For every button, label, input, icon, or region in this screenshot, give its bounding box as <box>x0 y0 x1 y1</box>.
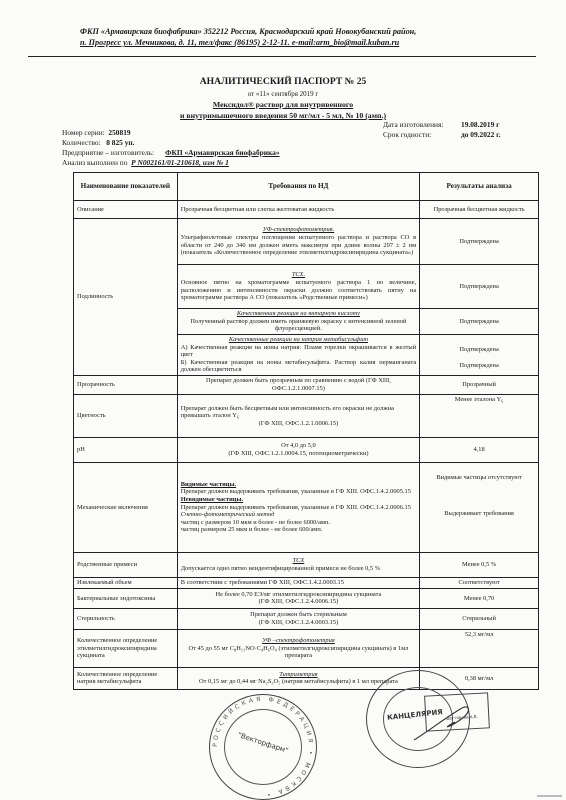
row-reference: (ГФ XIII, ОФС.1.2.1.0006.15) <box>181 420 416 428</box>
row-name: Подлинность <box>74 219 178 376</box>
table-row-extractable-volume: Извлекаемый объем В соответствии с требо… <box>74 577 539 588</box>
row-requirement: Полученный раствор должен иметь оранжеву… <box>190 318 406 333</box>
row-requirement: Основное пятно на хроматограмме испытуем… <box>181 279 416 301</box>
svg-text:РОССИЙСКАЯ ФЕДЕРАЦИЯ • МОСКВА: РОССИЙСКАЯ ФЕДЕРАЦИЯ • МОСКВА • <box>212 696 314 798</box>
row-requirement: Препарат должен быть прозрачным по сравн… <box>177 375 419 394</box>
method-title: Титриметрия <box>181 671 416 679</box>
row-result: 52,3 мг/мл <box>420 629 539 667</box>
table-row-mechanical: Механические включения Видимые частицы. … <box>74 462 539 552</box>
table-row-sterility: Стерильность Препарат должен быть стерил… <box>74 608 539 629</box>
row-requirement: От 4,0 до 5,0 <box>181 442 416 450</box>
visible-particles-title: Видимые частицы. <box>181 481 416 489</box>
table-header-row: Наименование показателей Требования по Н… <box>74 173 539 201</box>
result-a: Подтверждена <box>423 346 535 354</box>
row-result: Прозрачный <box>420 375 539 394</box>
mfg-date-label: Дата изготовления: <box>383 120 461 130</box>
result-invisible: Выдерживает требования <box>423 510 535 518</box>
product-name-line1: Мексидол® раствор для внутривенного <box>0 100 566 109</box>
method-title: Качественные реакции на натрия метабисул… <box>181 336 416 344</box>
table-row-description: Описание Прозрачная бесцветная или слегк… <box>74 201 539 219</box>
dates-info: Дата изготовления:19.08.2019 г Срок годн… <box>383 120 501 140</box>
row-name: Бактериальные эндотоксины <box>74 588 178 608</box>
method-title: УФ-спектрофотометрия. <box>181 226 416 234</box>
row-result: Подтверждена <box>420 309 539 335</box>
company-header: ФКП «Армавирская биофабрика» 352212 Росс… <box>80 26 530 48</box>
row-name: Извлекаемый объем <box>74 577 178 588</box>
analysis-table: Наименование показателей Требования по Н… <box>73 172 539 690</box>
row-name: Прозрачность <box>74 375 178 394</box>
row-requirement: Не более 0,70 ЕЭ/мг этилметилгидроксипир… <box>181 591 416 599</box>
method-title: Счетно-фотометрический метод <box>181 511 416 519</box>
row-result: Менее 0,70 <box>420 588 539 608</box>
limit-25um: частиц размером 25 мкм и более - не боле… <box>181 526 416 534</box>
table-row-assay-metabisulfite: Количественное определение натрия метаби… <box>74 667 539 689</box>
row-result: Прозрачная бесцветная жидкость <box>420 201 539 219</box>
row-result: Соответствуют <box>420 577 539 588</box>
mfg-date-value: 19.08.2019 г <box>461 120 499 129</box>
row-result: Подтверждена <box>420 265 539 309</box>
row-requirement: В соответствии с требованиями ГФ XIII, О… <box>177 577 419 588</box>
table-row-color: Цветность Препарат должен быть бесцветны… <box>74 394 539 437</box>
row-requirement: Допускается одно пятно неидентифицирован… <box>181 565 380 572</box>
method-title: ТСХ <box>181 557 416 565</box>
row-reference: (ГФ XIII, ОФС.1.2.4.0003.15) <box>181 619 416 627</box>
row-result: Подтверждена <box>420 219 539 265</box>
company-header-line1: ФКП «Армавирская биофабрика» 352212 Росс… <box>80 26 530 37</box>
row-name: Цветность <box>74 394 178 437</box>
row-name: Количественное определение этилметилгидр… <box>74 629 178 667</box>
header-divider <box>28 56 536 57</box>
batch-info: Номер серии: 250819 Количество: 8 825 уп… <box>62 128 280 168</box>
analysis-value: Р N002161/01-210618, изм № 1 <box>131 158 229 167</box>
row-name: pH <box>74 437 178 462</box>
table-row-authenticity-uv: Подлинность УФ-спектрофотометрия. Ультра… <box>74 219 539 265</box>
product-name-line2: и внутримышечного введения 50 мг/мл - 5 … <box>0 111 566 120</box>
stamp-ring-text-icon: РОССИЙСКАЯ ФЕДЕРАЦИЯ • МОСКВА • <box>210 695 316 799</box>
expiry-label: Срок годности: <box>383 130 461 140</box>
method-title: УФ –спектрофотометрия <box>181 637 416 645</box>
limit-10um: частиц с размером 10 мкм и более - не бо… <box>181 519 416 527</box>
row-requirement: От 0,15 мг до 0,44 мг Na₂S₂O₅ (натрия ме… <box>199 678 398 685</box>
row-name: Родственные примеси <box>74 552 178 577</box>
row-requirement: Препарат должен быть стерильным <box>181 611 416 619</box>
row-requirement: От 45 до 55 мг C₈H₁₁NO·C₄H₆O₄ (этилметил… <box>188 645 408 660</box>
invisible-particles-title: Невидимые частицы. <box>181 496 416 504</box>
scan-artifact <box>537 795 562 797</box>
row-requirement: Ультрафиолетовые спектры поглощения испы… <box>181 234 416 256</box>
row-name: Описание <box>74 201 178 219</box>
table-row-endotoxins: Бактериальные эндотоксины Не более 0,70 … <box>74 588 539 608</box>
row-name: Механические включения <box>74 462 178 552</box>
company-header-line2: п. Прогресс ул. Мечникова, д. 11, тел/фа… <box>80 37 530 48</box>
header-indicator: Наименование показателей <box>74 173 178 201</box>
visible-particles-req: Препарат должен выдерживать требования, … <box>181 488 416 496</box>
manufacturer-value: ФКП «Армавирская биофабрика» <box>165 148 279 157</box>
row-requirement: Препарат должен быть бесцветным или инте… <box>181 405 416 420</box>
row-name: Количественное определение натрия метаби… <box>74 667 178 689</box>
row-result: 4,18 <box>420 437 539 462</box>
table-row-related-impurities: Родственные примеси ТСХ Допускается одно… <box>74 552 539 577</box>
row-name: Стерильность <box>74 608 178 629</box>
header-results: Результаты анализа <box>420 173 539 201</box>
manufacturer-label: Предприятие – изготовитель: <box>62 148 154 157</box>
table-row-assay-emhps: Количественное определение этилметилгидр… <box>74 629 539 667</box>
row-result: Менее эталона Y₆ <box>420 394 539 437</box>
result-visible: Видимые частицы отсутствуют <box>423 474 535 482</box>
document-title: АНАЛИТИЧЕСКИЙ ПАСПОРТ № 25 <box>0 76 566 87</box>
row-reference: (ГФ XIII, ОФС.1.2.4.0006.15) <box>181 598 416 606</box>
document-date: от «11» сентября 2019 г <box>0 90 566 98</box>
quantity-value: 8 825 уп. <box>106 138 134 147</box>
vectorpharm-stamp: "Векторфарм" РОССИЙСКАЯ ФЕДЕРАЦИЯ • МОСК… <box>209 694 317 800</box>
header-requirements: Требования по НД <box>177 173 419 201</box>
row-result: Стерильный <box>420 608 539 629</box>
signature-icon <box>410 700 480 745</box>
table-row-ph: pH От 4,0 до 5,0 (ГФ XIII, ОФС.1.2.1.000… <box>74 437 539 462</box>
invisible-particles-req: Препарат должен выдерживать требования, … <box>181 504 416 512</box>
expiry-value: до 09.2022 г. <box>461 130 501 139</box>
series-label: Номер серии: <box>62 128 105 137</box>
row-reference: (ГФ XIII, ОФС.1.2.1.0004.15, потенциомет… <box>181 450 416 458</box>
row-result: Менее 0,5 % <box>420 552 539 577</box>
analysis-label: Анализ выполнен по <box>62 158 127 167</box>
requirement-b: Б) Качественная реакция на ионы метабису… <box>181 359 416 374</box>
method-title: Качественная реакция на янтарную кислоту <box>181 310 416 318</box>
result-b: Подтверждена <box>423 362 535 370</box>
table-row-transparency: Прозрачность Препарат должен быть прозра… <box>74 375 539 394</box>
method-title: ТСХ. <box>181 271 416 279</box>
requirement-a: А) Качественная реакция на ионы натрия: … <box>181 344 416 359</box>
quantity-label: Количество: <box>62 138 101 147</box>
series-value: 250819 <box>108 128 130 137</box>
row-requirement: Прозрачная бесцветная или слегка желтова… <box>177 201 419 219</box>
